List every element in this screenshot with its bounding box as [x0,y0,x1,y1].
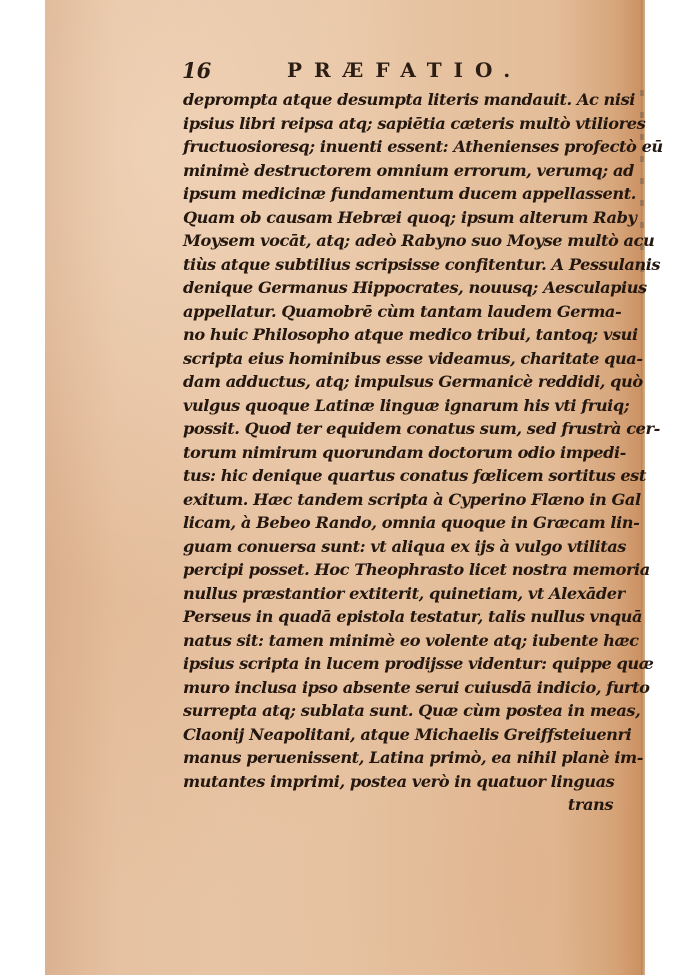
text-line: percipi posset. Hoc Theophrasto licet no… [183,558,613,582]
text-line: muro inclusa ipso absente serui cuiusdā … [183,676,613,700]
text-line: minimè destructorem omnium errorum, veru… [183,159,613,183]
text-line: Quam ob causam Hebræi quoq; ipsum alteru… [183,206,613,230]
page-number: 16 [182,58,211,83]
text-line: Moysem vocāt, atq; adeò Rabyno suo Moyse… [183,229,613,253]
text-line: scripta eius hominibus esse videamus, ch… [183,347,613,371]
text-line: Perseus in quadā epistola testatur, tali… [183,605,613,629]
text-line: exitum. Hæc tandem scripta à Cyperino Fl… [183,488,613,512]
text-line: ipsum medicinæ fundamentum ducem appella… [183,182,613,206]
text-line: mutantes imprimi, postea verò in quatuor… [183,770,613,794]
body-text: deprompta atque desumpta literis mandaui… [183,88,613,817]
text-line: torum nimirum quorundam doctorum odio im… [183,441,613,465]
page-header: 16 PRÆFATIO. [182,56,612,86]
text-line: guam conuersa sunt: vt aliqua ex ijs à v… [183,535,613,559]
text-line: surrepta atq; sublata sunt. Quæ cùm post… [183,699,613,723]
text-line: Claonij Neapolitani, atque Michaelis Gre… [183,723,613,747]
text-line: licam, à Bebeo Rando, omnia quoque in Gr… [183,511,613,535]
catchword: trans [183,793,613,817]
text-line: ipsius scripta in lucem prodijsse vident… [183,652,613,676]
text-line: tus: hic denique quartus conatus fœlicem… [183,464,613,488]
text-line: possit. Quod ter equidem conatus sum, se… [183,417,613,441]
text-line: natus sit: tamen minimè eo volente atq; … [183,629,613,653]
text-line: dam adductus, atq; impulsus Germanicè re… [183,370,613,394]
text-line: denique Germanus Hippocrates, nouusq; Ae… [183,276,613,300]
text-line: no huic Philosopho atque medico tribui, … [183,323,613,347]
text-line: appellatur. Quamobrē cùm tantam laudem G… [183,300,613,324]
text-line: deprompta atque desumpta literis mandaui… [183,88,613,112]
text-line: vulgus quoque Latinæ linguæ ignarum his … [183,394,613,418]
text-line: fructuosioresq; inuenti essent: Athenien… [183,135,613,159]
text-line: manus peruenissent, Latina primò, ea nih… [183,746,613,770]
running-title: PRÆFATIO. [287,58,522,82]
text-line: tiùs atque subtilius scripsisse confiten… [183,253,613,277]
text-line: nullus præstantior extiterit, quinetiam,… [183,582,613,606]
text-line: ipsius libri reipsa atq; sapiētia cæteri… [183,112,613,136]
